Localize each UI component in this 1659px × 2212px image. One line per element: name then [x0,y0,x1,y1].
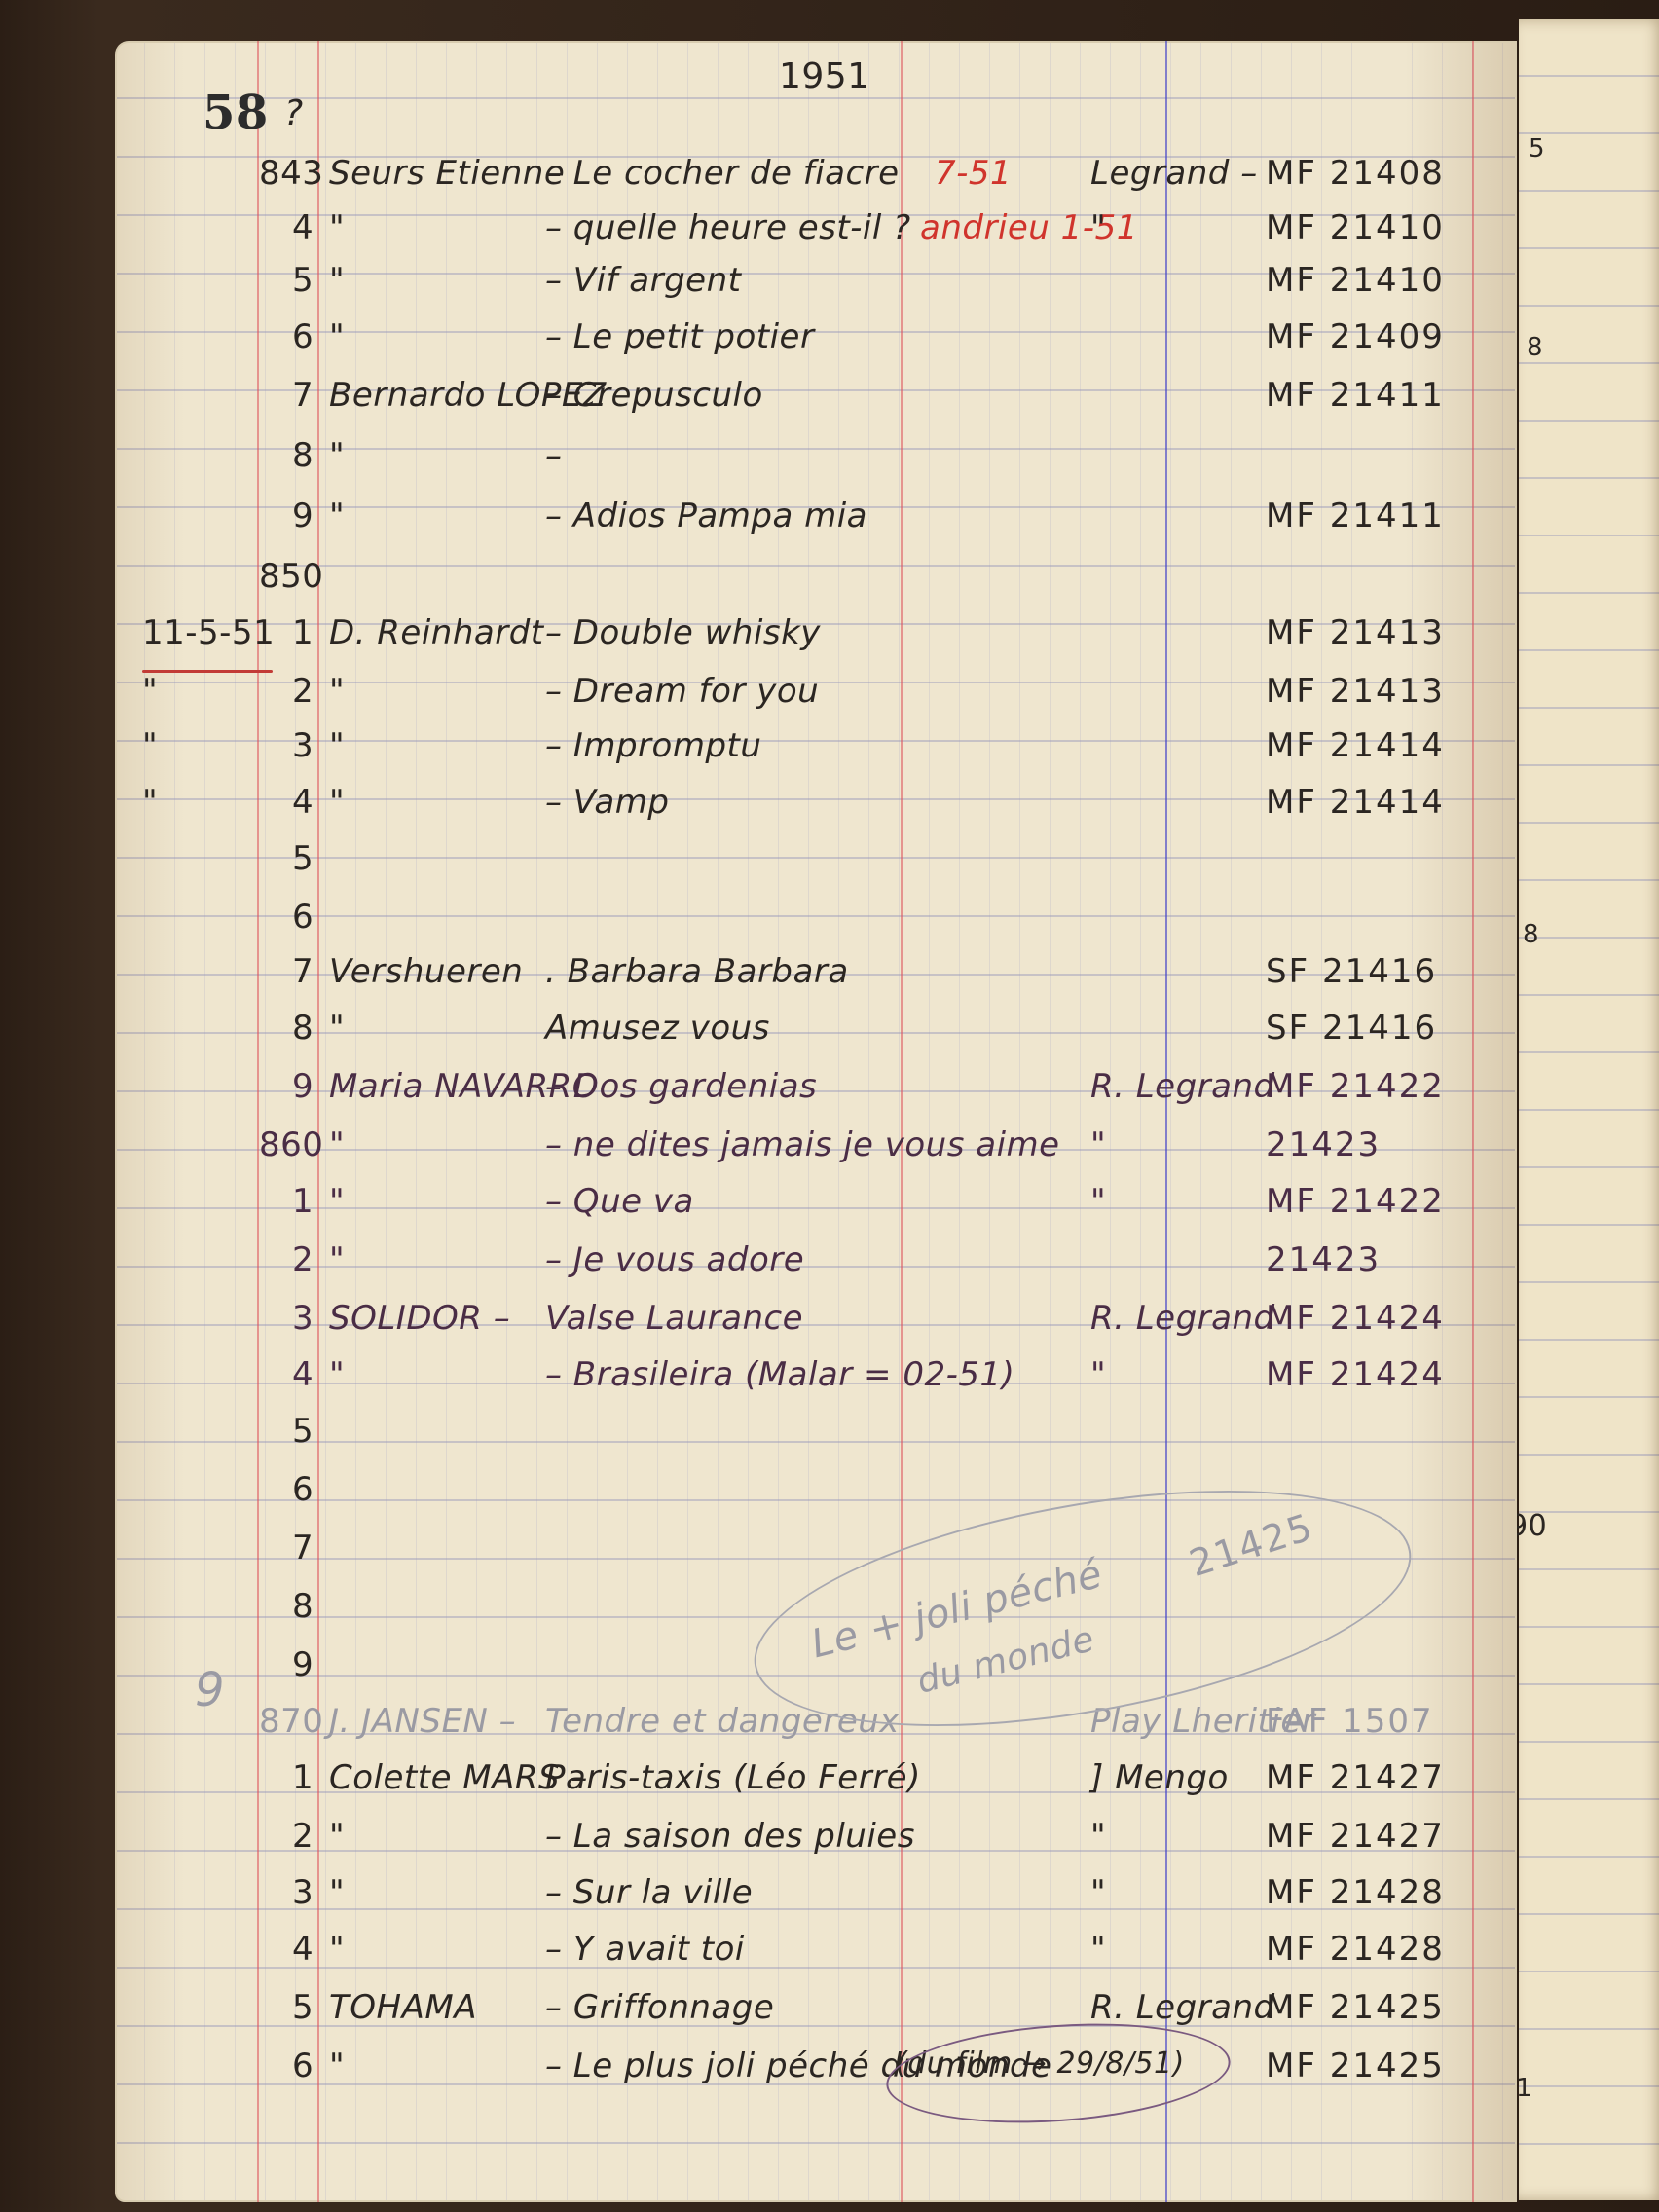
facing-page-number: 8 [1523,920,1539,949]
row-artist: " [329,497,345,535]
row-director: " [1090,208,1106,247]
row-artist: " [329,1240,345,1279]
row-catalog-number: 21423 [1266,1125,1381,1164]
row-director: " [1090,1182,1106,1221]
row-number: 5 [292,1988,313,2027]
row-title: – Sur la ville [545,1873,753,1912]
row-director: R. Legrand [1090,1299,1275,1338]
page-mark: ? [284,93,304,133]
page-number: 58 [203,86,269,140]
margin-line [317,41,319,2202]
row-title: Amusez vous [545,1009,770,1048]
row-artist: " [329,261,345,300]
row-director: ] Mengo [1090,1758,1229,1797]
row-director: " [1090,1873,1106,1912]
margin-line [257,41,259,2202]
row-number: 860 [259,1125,323,1164]
row-artist: " [329,1355,345,1394]
row-number: 870 [259,1702,323,1741]
row-number: 850 [259,557,323,596]
row-title: Valse Laurance [545,1299,803,1338]
row-artist: " [329,1125,345,1164]
row-director: " [1090,1817,1106,1856]
row-director: " [1090,1355,1106,1394]
row-catalog-number: MF 21410 [1266,261,1445,300]
row-title: – Que va [545,1182,694,1221]
row-catalog-number: MF 21428 [1266,1873,1445,1912]
row-title: – La saison des pluies [545,1817,915,1856]
row-number: 4 [292,783,313,822]
row-number: 9 [292,1645,313,1684]
row-catalog-number: MF 21413 [1266,672,1445,711]
row-number: 7 [292,1529,313,1567]
row-title: – Brasileira (Malar = 02-51) [545,1355,1014,1394]
row-number: 5 [292,839,313,878]
row-artist: " [329,1930,345,1969]
row-catalog-number: MF 21411 [1266,497,1445,535]
row-catalog-number: MF 21411 [1266,376,1445,415]
row-number: 5 [292,1412,313,1451]
row-artist: D. Reinhardt [329,613,544,652]
row-number: 4 [292,208,313,247]
row-number: 6 [292,317,313,356]
row-title: – Y avait toi [545,1930,745,1969]
row-artist: SOLIDOR – [329,1299,510,1338]
row-number: 4 [292,1355,313,1394]
row-artist: " [329,783,345,822]
row-date: " [142,726,158,765]
row-catalog-number: MF 21410 [1266,208,1445,247]
row-catalog-number: MF 21422 [1266,1182,1445,1221]
row-title: – ne dites jamais je vous aime [545,1125,1060,1164]
row-number: 843 [259,154,323,193]
row-catalog-number: MF 21425 [1266,2046,1445,2085]
row-artist: " [329,436,345,475]
row-title: – Dream for you [545,672,819,711]
column-line [1472,41,1474,2202]
row-catalog-number: MF 21427 [1266,1817,1445,1856]
row-number: 2 [292,672,313,711]
row-red-note: 7-51 [935,154,1012,193]
row-number: 9 [292,1067,313,1106]
row-catalog-number: MF 21425 [1266,1988,1445,2027]
row-number: 6 [292,2046,313,2085]
row-number: 3 [292,1299,313,1338]
row-date: 11-5-51 [142,613,275,652]
row-title: – Dos gardenias [545,1067,817,1106]
column-line [901,41,903,2202]
row-number: 6 [292,1470,313,1509]
row-catalog-number: MF 21424 [1266,1299,1445,1338]
row-date: " [142,672,158,711]
row-number: 6 [292,898,313,937]
row-artist: " [329,1009,345,1048]
row-catalog-number: 21423 [1266,1240,1381,1279]
row-director: R. Legrand [1090,1988,1275,2027]
row-title: – Je vous adore [545,1240,804,1279]
row-date: " [142,783,158,822]
row-number: 2 [292,1817,313,1856]
date-underline [142,670,273,673]
facing-page-number: 8 [1527,333,1543,362]
row-title: – Adios Pampa mia [545,497,867,535]
row-title: – Vif argent [545,261,741,300]
row-number: 4 [292,1930,313,1969]
row-number: 3 [292,726,313,765]
row-artist: " [329,726,345,765]
year-heading: 1951 [779,56,870,96]
row-number: 8 [292,1587,313,1626]
facing-page-number: 5 [1529,134,1545,164]
row-catalog-number: MF 21424 [1266,1355,1445,1394]
row-number: 9 [292,497,313,535]
row-director: Legrand – [1090,154,1258,193]
row-number: 8 [292,436,313,475]
row-number: 2 [292,1240,313,1279]
row-artist: " [329,2046,345,2085]
row-artist: Vershueren [329,952,523,991]
row-title: – Double whisky [545,613,821,652]
row-number: 5 [292,261,313,300]
row-catalog-number: MF 21408 [1266,154,1445,193]
row-catalog-number: SF 21416 [1266,952,1437,991]
row-number: 1 [292,613,313,652]
row-catalog-number: MF 21428 [1266,1930,1445,1969]
row-title: – quelle heure est-il ? [545,208,911,247]
row-artist: J. JANSEN – [329,1702,516,1741]
row-title: – Griffonnage [545,1988,774,2027]
row-director: " [1090,1930,1106,1969]
row-catalog-number: MF 21414 [1266,726,1445,765]
row-number: 8 [292,1009,313,1048]
row-director: " [1090,1125,1106,1164]
row-title: – Impromptu [545,726,761,765]
row-artist: " [329,208,345,247]
row-director: R. Legrand [1090,1067,1275,1106]
row-artist: TOHAMA [329,1988,477,2027]
margin-note: 9 [195,1663,225,1717]
row-number: 1 [292,1758,313,1797]
row-title: Paris-taxis (Léo Ferré) [545,1758,921,1797]
row-catalog-number: MF 21409 [1266,317,1445,356]
row-catalog-number: SF 21416 [1266,1009,1437,1048]
row-number: 7 [292,952,313,991]
column-line [1165,41,1167,2202]
facing-page: 5 8 8 90 91 [1519,19,1659,2200]
row-catalog-number: FAF 1507 [1266,1702,1434,1741]
row-artist: " [329,672,345,711]
row-catalog-number: MF 21413 [1266,613,1445,652]
row-artist: " [329,1817,345,1856]
row-catalog-number: MF 21414 [1266,783,1445,822]
row-artist: Seurs Etienne [329,154,565,193]
row-title: – Le cocher de fiacre [545,154,900,193]
row-title: – Vamp [545,783,669,822]
row-title: – Le petit potier [545,317,814,356]
row-number: 7 [292,376,313,415]
row-catalog-number: MF 21422 [1266,1067,1445,1106]
row-artist: " [329,1182,345,1221]
row-artist: " [329,317,345,356]
row-title: – Crepusculo [545,376,763,415]
row-catalog-number: MF 21427 [1266,1758,1445,1797]
row-title: – [545,436,563,475]
row-number: 3 [292,1873,313,1912]
row-title: . Barbara Barbara [545,952,849,991]
row-number: 1 [292,1182,313,1221]
row-artist: " [329,1873,345,1912]
